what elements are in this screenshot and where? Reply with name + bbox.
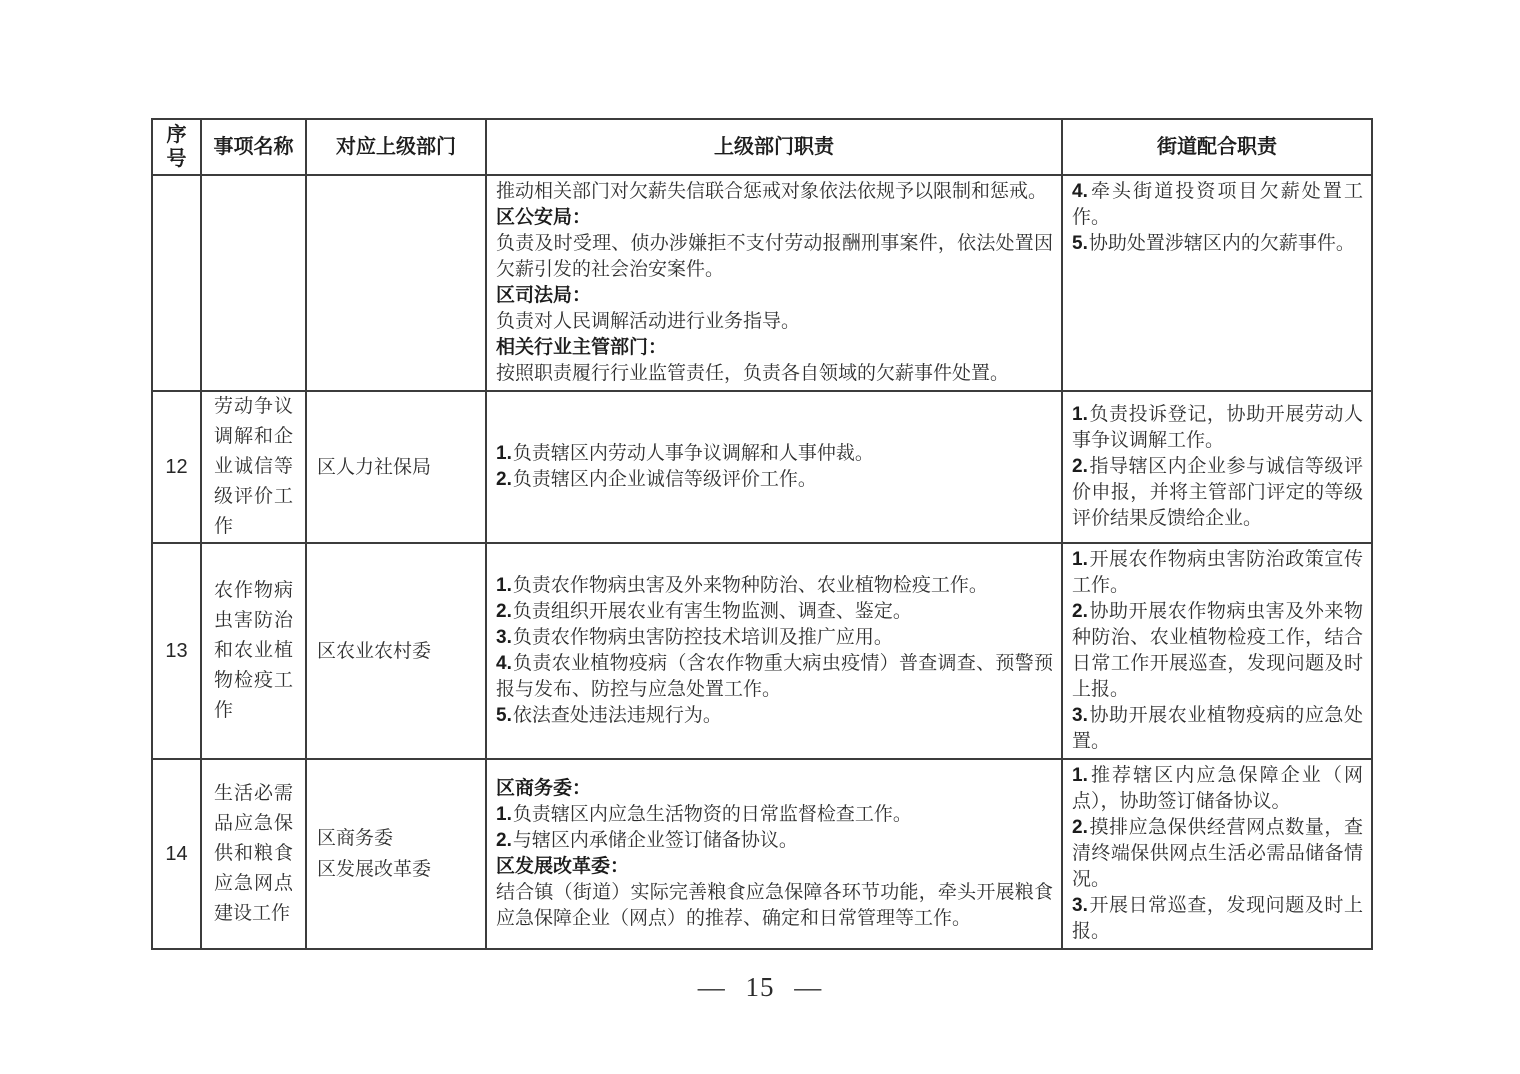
item-number: 3. <box>1072 895 1088 916</box>
table-header: 序号 事项名称 对应上级部门 上级部门职责 街道配合职责 <box>152 119 1372 175</box>
document-page: 序号 事项名称 对应上级部门 上级部门职责 街道配合职责 推动相关部门对欠薪失信… <box>0 0 1520 1074</box>
item-text: 牵头街道投资项目欠薪处置工作。 <box>1072 181 1363 228</box>
item-number: 2. <box>496 830 512 851</box>
item-text: 与辖区内承储企业签订储备协议。 <box>513 830 798 851</box>
item-text: 开展农作物病虫害防治政策宣传工作。 <box>1072 549 1363 596</box>
superior-duty-line: 1.负责辖区内应急生活物资的日常监督检查工作。 <box>496 802 1053 828</box>
cell-street-duties: 1.开展农作物病虫害防治政策宣传工作。2.协助开展农作物病虫害及外来物种防治、农… <box>1062 543 1372 759</box>
superior-duty-line: 负责及时受理、侦办涉嫌拒不支付劳动报酬刑事案件，依法处置因欠薪引发的社会治安案件… <box>496 231 1053 283</box>
header-cell-superior-duties: 上级部门职责 <box>486 119 1062 175</box>
superior-duty-line: 负责对人民调解活动进行业务指导。 <box>496 309 1053 335</box>
item-text: 负责农作物病虫害及外来物种防治、农业植物检疫工作。 <box>513 575 988 596</box>
cell-superior-dept: 区商务委区发展改革委 <box>306 759 486 949</box>
item-text: 相关行业主管部门： <box>496 337 667 358</box>
item-number: 5. <box>1072 233 1088 254</box>
item-text: 结合镇（街道）实际完善粮食应急保障各环节功能，牵头开展粮食应急保障企业（网点）的… <box>496 882 1053 929</box>
street-duty-line: 2.摸排应急保供经营网点数量，查清终端保供网点生活必需品储备情况。 <box>1072 815 1363 893</box>
header-cell-serial: 序号 <box>152 119 201 175</box>
street-duty-line: 1.开展农作物病虫害防治政策宣传工作。 <box>1072 547 1363 599</box>
superior-duty-line: 3.负责农作物病虫害防控技术培训及推广应用。 <box>496 625 1053 651</box>
cell-superior-duties: 1.负责辖区内劳动人事争议调解和人事仲裁。2.负责辖区内企业诚信等级评价工作。 <box>486 391 1062 543</box>
superior-duty-line: 区发展改革委： <box>496 854 1053 880</box>
item-number: 2. <box>1072 817 1088 838</box>
superior-duty-line: 2.负责辖区内企业诚信等级评价工作。 <box>496 467 1053 493</box>
superior-duty-line: 1.负责农作物病虫害及外来物种防治、农业植物检疫工作。 <box>496 573 1053 599</box>
item-text: 推荐辖区内应急保障企业（网点），协助签订储备协议。 <box>1072 765 1363 812</box>
header-row: 序号 事项名称 对应上级部门 上级部门职责 街道配合职责 <box>152 119 1372 175</box>
cell-serial <box>152 175 201 391</box>
cell-item-name: 农作物病虫害防治和农业植物检疫工作 <box>201 543 306 759</box>
table-row: 13农作物病虫害防治和农业植物检疫工作区农业农村委1.负责农作物病虫害及外来物种… <box>152 543 1372 759</box>
item-number: 1. <box>1072 404 1088 425</box>
item-text: 区商务委： <box>496 778 591 799</box>
cell-street-duties: 4.牵头街道投资项目欠薪处置工作。5.协助处置涉辖区内的欠薪事件。 <box>1062 175 1372 391</box>
dept-line: 区农业农村委 <box>317 636 475 667</box>
item-text: 负责投诉登记，协助开展劳动人事争议调解工作。 <box>1072 404 1363 451</box>
cell-serial: 12 <box>152 391 201 543</box>
header-cell-item-name: 事项名称 <box>201 119 306 175</box>
item-text: 负责辖区内企业诚信等级评价工作。 <box>513 469 817 490</box>
cell-street-duties: 1.负责投诉登记，协助开展劳动人事争议调解工作。2.指导辖区内企业参与诚信等级评… <box>1062 391 1372 543</box>
item-number: 1. <box>496 443 512 464</box>
table-body: 推动相关部门对欠薪失信联合惩戒对象依法依规予以限制和惩戒。区公安局：负责及时受理… <box>152 175 1372 949</box>
street-duty-line: 3.开展日常巡查，发现问题及时上报。 <box>1072 893 1363 945</box>
superior-duty-line: 按照职责履行行业监管责任，负责各自领域的欠薪事件处置。 <box>496 361 1053 387</box>
item-text: 按照职责履行行业监管责任，负责各自领域的欠薪事件处置。 <box>496 363 1009 384</box>
cell-item-name <box>201 175 306 391</box>
cell-superior-duties: 推动相关部门对欠薪失信联合惩戒对象依法依规予以限制和惩戒。区公安局：负责及时受理… <box>486 175 1062 391</box>
street-duty-line: 3.协助开展农业植物疫病的应急处置。 <box>1072 703 1363 755</box>
item-text: 摸排应急保供经营网点数量，查清终端保供网点生活必需品储备情况。 <box>1072 817 1363 890</box>
page-number: — 15 — <box>0 972 1520 1003</box>
superior-duty-line: 4.负责农业植物疫病（含农作物重大病虫疫情）普查调查、预警预报与发布、防控与应急… <box>496 651 1053 703</box>
item-number: 2. <box>1072 601 1088 622</box>
item-text: 依法查处违法违规行为。 <box>513 705 722 726</box>
duties-table: 序号 事项名称 对应上级部门 上级部门职责 街道配合职责 推动相关部门对欠薪失信… <box>151 118 1373 950</box>
header-cell-street-duties: 街道配合职责 <box>1062 119 1372 175</box>
dept-line: 区商务委 <box>317 823 475 854</box>
item-text: 区司法局： <box>496 285 591 306</box>
item-name-text: 劳动争议调解和企业诚信等级评价工作 <box>202 392 305 542</box>
item-text: 负责及时受理、侦办涉嫌拒不支付劳动报酬刑事案件，依法处置因欠薪引发的社会治安案件… <box>496 233 1053 280</box>
cell-serial: 14 <box>152 759 201 949</box>
dept-line: 区发展改革委 <box>317 854 475 885</box>
superior-duty-line: 区商务委： <box>496 776 1053 802</box>
item-number: 2. <box>496 601 512 622</box>
superior-duty-line: 1.负责辖区内劳动人事争议调解和人事仲裁。 <box>496 441 1053 467</box>
cell-superior-dept <box>306 175 486 391</box>
item-text: 区发展改革委： <box>496 856 629 877</box>
cell-superior-duties: 1.负责农作物病虫害及外来物种防治、农业植物检疫工作。2.负责组织开展农业有害生… <box>486 543 1062 759</box>
item-text: 负责辖区内劳动人事争议调解和人事仲裁。 <box>513 443 874 464</box>
item-text: 协助处置涉辖区内的欠薪事件。 <box>1089 233 1355 254</box>
superior-duty-line: 区司法局： <box>496 283 1053 309</box>
item-text: 负责对人民调解活动进行业务指导。 <box>496 311 800 332</box>
item-text: 协助开展农作物病虫害及外来物种防治、农业植物检疫工作，结合日常工作开展巡查，发现… <box>1072 601 1363 700</box>
item-number: 1. <box>1072 549 1088 570</box>
street-duty-line: 5.协助处置涉辖区内的欠薪事件。 <box>1072 231 1363 257</box>
cell-item-name: 劳动争议调解和企业诚信等级评价工作 <box>201 391 306 543</box>
superior-duty-line: 2.负责组织开展农业有害生物监测、调查、鉴定。 <box>496 599 1053 625</box>
item-number: 5. <box>496 705 512 726</box>
item-number: 1. <box>1072 765 1088 786</box>
item-number: 3. <box>496 627 512 648</box>
cell-superior-duties: 区商务委：1.负责辖区内应急生活物资的日常监督检查工作。2.与辖区内承储企业签订… <box>486 759 1062 949</box>
table-row: 推动相关部门对欠薪失信联合惩戒对象依法依规予以限制和惩戒。区公安局：负责及时受理… <box>152 175 1372 391</box>
item-text: 开展日常巡查，发现问题及时上报。 <box>1072 895 1363 942</box>
street-duty-line: 1.负责投诉登记，协助开展劳动人事争议调解工作。 <box>1072 402 1363 454</box>
superior-duty-line: 2.与辖区内承储企业签订储备协议。 <box>496 828 1053 854</box>
cell-superior-dept: 区人力社保局 <box>306 391 486 543</box>
cell-serial: 13 <box>152 543 201 759</box>
dept-line: 区人力社保局 <box>317 452 475 483</box>
item-text: 负责农业植物疫病（含农作物重大病虫疫情）普查调查、预警预报与发布、防控与应急处置… <box>496 653 1053 700</box>
table-row: 14生活必需品应急保供和粮食应急网点建设工作区商务委区发展改革委区商务委：1.负… <box>152 759 1372 949</box>
street-duty-line: 1.推荐辖区内应急保障企业（网点），协助签订储备协议。 <box>1072 763 1363 815</box>
item-number: 4. <box>1072 181 1088 202</box>
street-duty-line: 4.牵头街道投资项目欠薪处置工作。 <box>1072 179 1363 231</box>
street-duty-line: 2.协助开展农作物病虫害及外来物种防治、农业植物检疫工作，结合日常工作开展巡查，… <box>1072 599 1363 703</box>
item-text: 负责辖区内应急生活物资的日常监督检查工作。 <box>513 804 912 825</box>
item-number: 4. <box>496 653 512 674</box>
item-name-text: 农作物病虫害防治和农业植物检疫工作 <box>202 576 305 726</box>
cell-street-duties: 1.推荐辖区内应急保障企业（网点），协助签订储备协议。2.摸排应急保供经营网点数… <box>1062 759 1372 949</box>
item-text: 负责组织开展农业有害生物监测、调查、鉴定。 <box>513 601 912 622</box>
item-text: 推动相关部门对欠薪失信联合惩戒对象依法依规予以限制和惩戒。 <box>496 181 1047 202</box>
item-number: 1. <box>496 804 512 825</box>
superior-duty-line: 相关行业主管部门： <box>496 335 1053 361</box>
item-text: 负责农作物病虫害防控技术培训及推广应用。 <box>513 627 893 648</box>
item-number: 3. <box>1072 705 1088 726</box>
cell-superior-dept: 区农业农村委 <box>306 543 486 759</box>
item-number: 2. <box>1072 456 1088 477</box>
header-cell-superior-dept: 对应上级部门 <box>306 119 486 175</box>
item-number: 2. <box>496 469 512 490</box>
item-text: 协助开展农业植物疫病的应急处置。 <box>1072 705 1363 752</box>
item-number: 1. <box>496 575 512 596</box>
superior-duty-line: 区公安局： <box>496 205 1053 231</box>
item-name-text: 生活必需品应急保供和粮食应急网点建设工作 <box>202 779 305 929</box>
table-row: 12劳动争议调解和企业诚信等级评价工作区人力社保局1.负责辖区内劳动人事争议调解… <box>152 391 1372 543</box>
item-text: 区公安局： <box>496 207 591 228</box>
superior-duty-line: 5.依法查处违法违规行为。 <box>496 703 1053 729</box>
street-duty-line: 2.指导辖区内企业参与诚信等级评价申报，并将主管部门评定的等级评价结果反馈给企业… <box>1072 454 1363 532</box>
superior-duty-line: 结合镇（街道）实际完善粮食应急保障各环节功能，牵头开展粮食应急保障企业（网点）的… <box>496 880 1053 932</box>
cell-item-name: 生活必需品应急保供和粮食应急网点建设工作 <box>201 759 306 949</box>
superior-duty-line: 推动相关部门对欠薪失信联合惩戒对象依法依规予以限制和惩戒。 <box>496 179 1053 205</box>
item-text: 指导辖区内企业参与诚信等级评价申报，并将主管部门评定的等级评价结果反馈给企业。 <box>1072 456 1363 529</box>
